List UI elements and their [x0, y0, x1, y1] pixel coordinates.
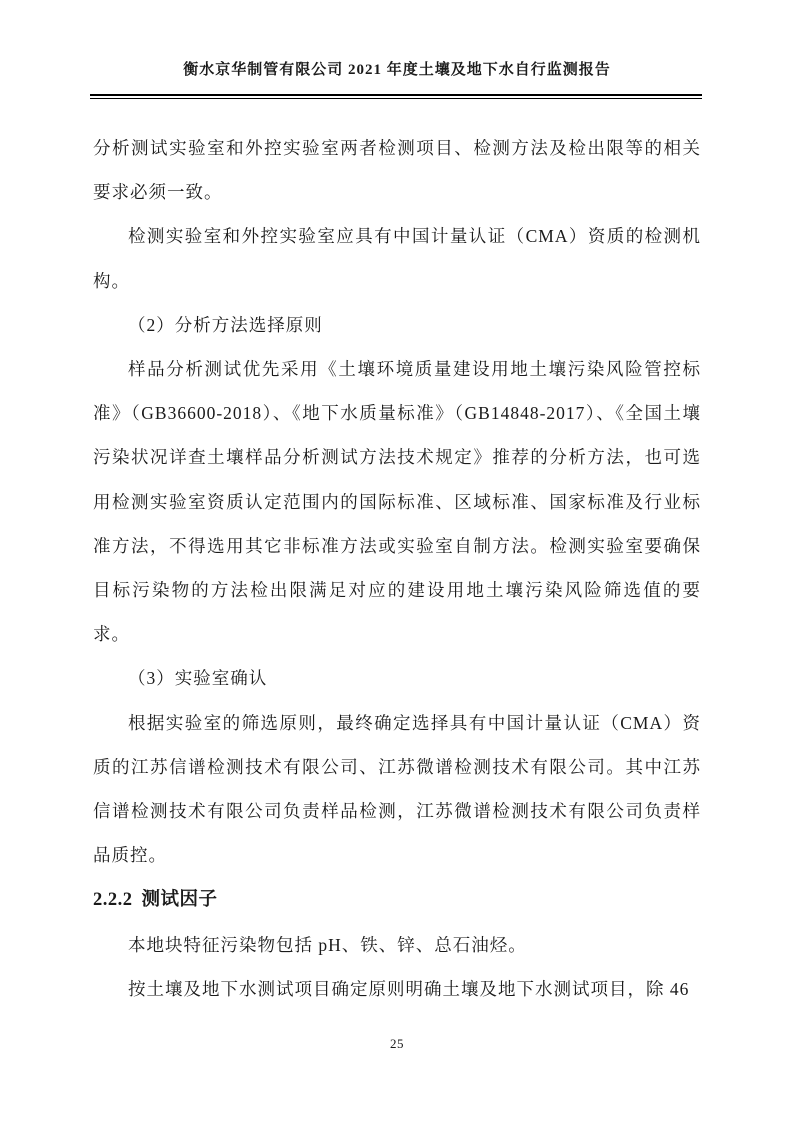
list-item-3-lab-confirmation: （3）实验室确认	[93, 656, 701, 700]
section-number: 2.2.2	[93, 890, 133, 910]
header-rule	[90, 94, 702, 99]
page-number: 25	[390, 1036, 404, 1051]
paragraph-characteristic-pollutants: 本地块特征污染物包括 pH、铁、锌、总石油烃。	[93, 923, 701, 967]
document-page: 衡水京华制管有限公司 2021 年度土壤及地下水自行监测报告 分析测试实验室和外…	[0, 0, 794, 1123]
section-title: 测试因子	[142, 888, 218, 909]
page-header: 衡水京华制管有限公司 2021 年度土壤及地下水自行监测报告	[92, 58, 702, 79]
header-rule-thin-line	[90, 98, 702, 99]
header-title: 衡水京华制管有限公司 2021 年度土壤及地下水自行监测报告	[183, 62, 611, 78]
page-footer: 25	[0, 1036, 794, 1052]
paragraph-continuation: 分析测试实验室和外控实验室两者检测项目、检测方法及检出限等的相关要求必须一致。	[93, 126, 701, 214]
header-rule-thick-line	[90, 94, 702, 96]
paragraph-cma-requirement: 检测实验室和外控实验室应具有中国计量认证（CMA）资质的检测机构。	[93, 214, 701, 302]
document-body: 分析测试实验室和外控实验室两者检测项目、检测方法及检出限等的相关要求必须一致。 …	[93, 126, 701, 1011]
paragraph-lab-selection: 根据实验室的筛选原则，最终确定选择具有中国计量认证（CMA）资质的江苏信谱检测技…	[93, 701, 701, 878]
section-heading: 2.2.2测试因子	[93, 877, 701, 922]
paragraph-test-items: 按土壤及地下水测试项目确定原则明确土壤及地下水测试项目，除 46	[93, 967, 701, 1011]
paragraph-analysis-methods: 样品分析测试优先采用《土壤环境质量建设用地土壤污染风险管控标准》（GB36600…	[93, 347, 701, 656]
list-item-2-method-selection: （2）分析方法选择原则	[93, 303, 701, 347]
